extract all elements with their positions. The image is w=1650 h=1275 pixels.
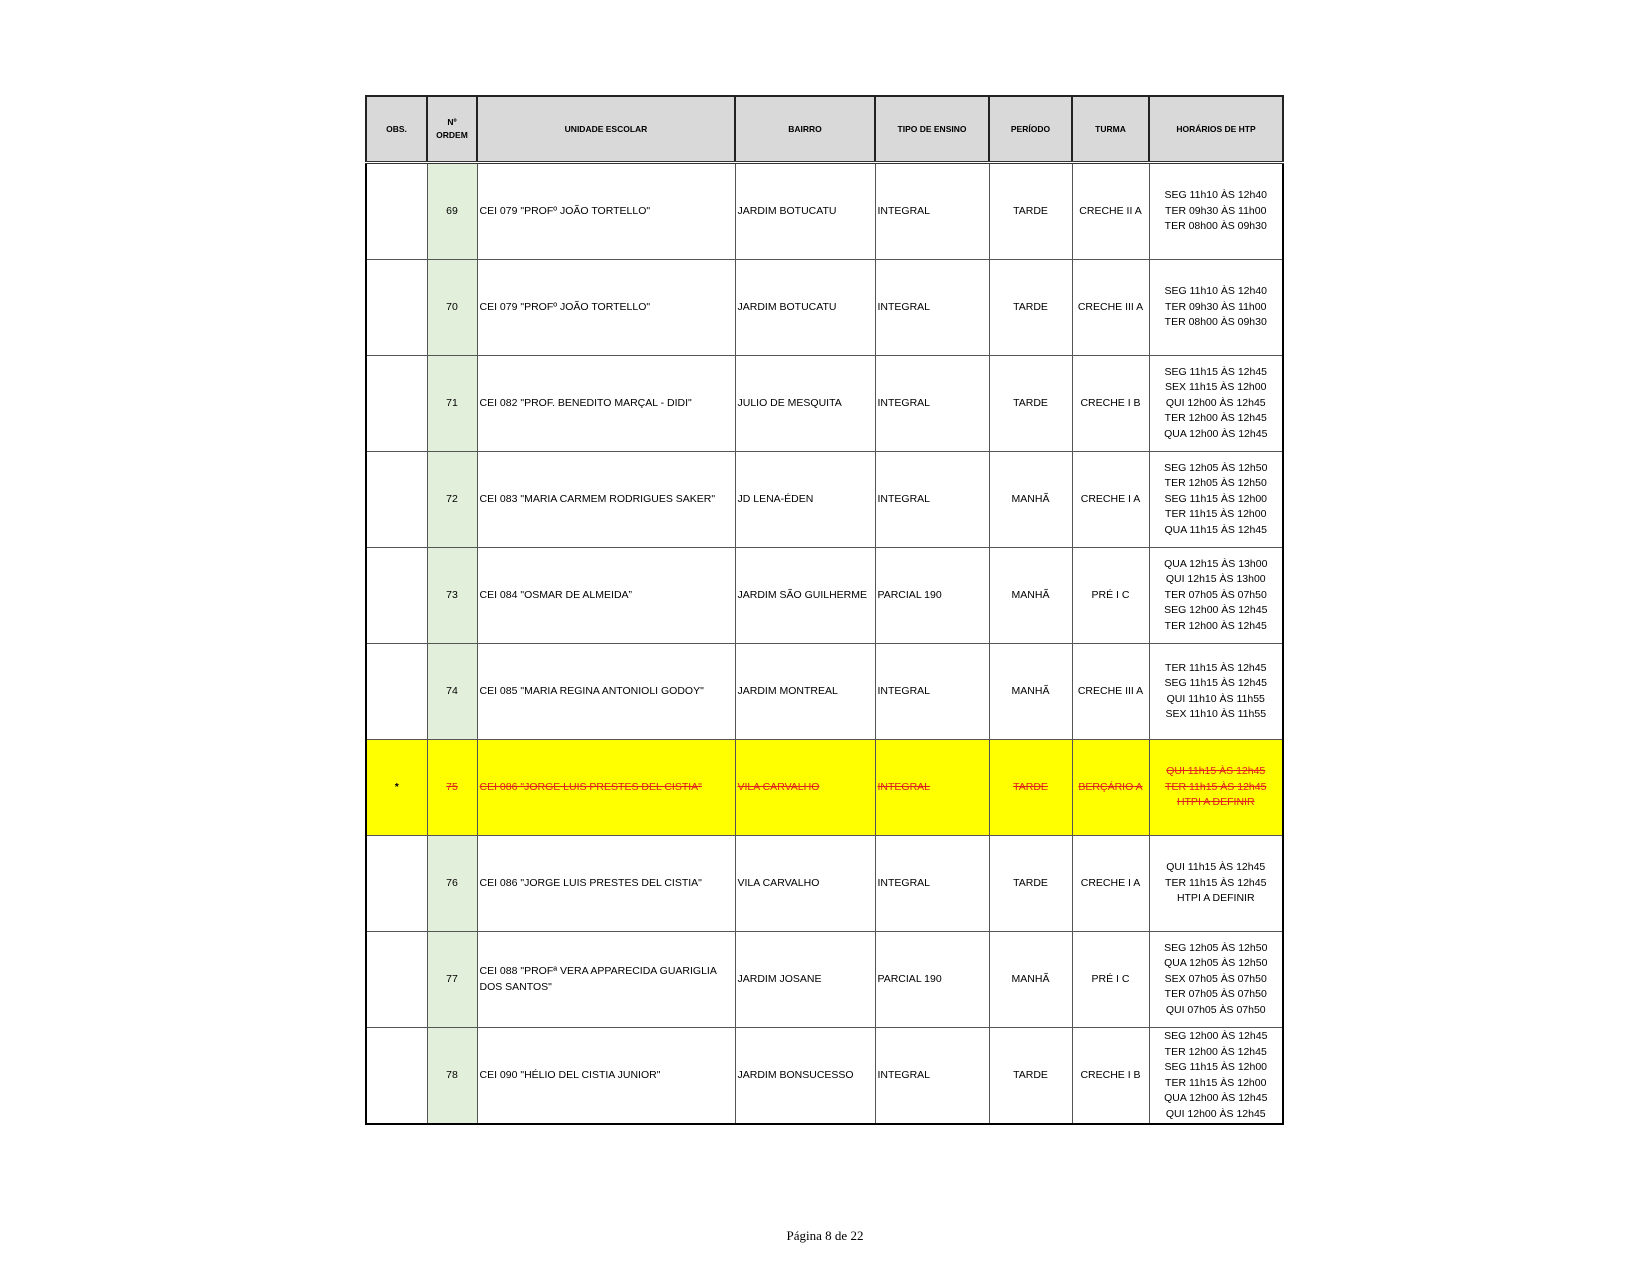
cell-unidade-escolar: CEI 085 "MARIA REGINA ANTONIOLI GODOY"	[477, 644, 735, 740]
cell-horarios-htp: SEG 12h05 ÀS 12h50 QUA 12h05 ÀS 12h50 SE…	[1149, 932, 1283, 1028]
cell-tipo-de-ensino: INTEGRAL	[875, 644, 989, 740]
cell-tipo-de-ensino: INTEGRAL	[875, 452, 989, 548]
cell-bairro: JARDIM JOSANE	[735, 932, 875, 1028]
cell-unidade-escolar: CEI 079 "PROFº JOÃO TORTELLO"	[477, 163, 735, 260]
cell-ordem: 72	[427, 452, 477, 548]
cell-ordem: 74	[427, 644, 477, 740]
cell-periodo: TARDE	[989, 260, 1072, 356]
cell-horarios-htp: QUI 11h15 ÀS 12h45 TER 11h15 ÀS 12h45 HT…	[1149, 836, 1283, 932]
table-row: 78 CEI 090 "HÉLIO DEL CISTIA JUNIOR" JAR…	[366, 1028, 1283, 1125]
table-body: 69 CEI 079 "PROFº JOÃO TORTELLO" JARDIM …	[366, 163, 1283, 1125]
cell-unidade-escolar: CEI 086 "JORGE LUIS PRESTES DEL CISTIA"	[477, 836, 735, 932]
table-row: 71 CEI 082 "PROF. BENEDITO MARÇAL - DIDI…	[366, 356, 1283, 452]
cell-turma: CRECHE III A	[1072, 644, 1149, 740]
cell-ordem: 69	[427, 163, 477, 260]
cell-bairro: JARDIM BOTUCATU	[735, 260, 875, 356]
cell-turma: CRECHE III A	[1072, 260, 1149, 356]
cell-periodo: TARDE	[989, 163, 1072, 260]
cell-obs	[366, 260, 427, 356]
cell-periodo: MANHÃ	[989, 548, 1072, 644]
cell-obs	[366, 452, 427, 548]
cell-ordem: 77	[427, 932, 477, 1028]
cell-periodo: MANHÃ	[989, 932, 1072, 1028]
cell-horarios-htp: SEG 12h05 ÀS 12h50 TER 12h05 ÀS 12h50 SE…	[1149, 452, 1283, 548]
cell-bairro: JARDIM SÃO GUILHERME	[735, 548, 875, 644]
cell-bairro: JULIO DE MESQUITA	[735, 356, 875, 452]
cell-ordem: 70	[427, 260, 477, 356]
cell-obs	[366, 1028, 427, 1125]
cell-horarios-htp: SEG 12h00 ÀS 12h45 TER 12h00 ÀS 12h45 SE…	[1149, 1028, 1283, 1125]
cell-turma: CRECHE II A	[1072, 163, 1149, 260]
cell-horarios-htp: SEG 11h15 ÀS 12h45 SEX 11h15 ÀS 12h00 QU…	[1149, 356, 1283, 452]
htp-schedule-table: OBS. Nº ORDEM UNIDADE ESCOLAR BAIRRO TIP…	[365, 95, 1284, 1125]
table-row: 76 CEI 086 "JORGE LUIS PRESTES DEL CISTI…	[366, 836, 1283, 932]
cell-horarios-htp: QUI 11h15 ÀS 12h45 TER 11h15 ÀS 12h45 HT…	[1149, 740, 1283, 836]
cell-tipo-de-ensino: INTEGRAL	[875, 740, 989, 836]
cell-turma: PRÉ I C	[1072, 932, 1149, 1028]
header-turma: TURMA	[1072, 96, 1149, 163]
cell-ordem: 78	[427, 1028, 477, 1125]
cell-ordem: 76	[427, 836, 477, 932]
cell-tipo-de-ensino: PARCIAL 190	[875, 548, 989, 644]
cell-horarios-htp: SEG 11h10 ÀS 12h40 TER 09h30 ÀS 11h00 TE…	[1149, 260, 1283, 356]
cell-periodo: MANHÃ	[989, 644, 1072, 740]
header-unidade-escolar: UNIDADE ESCOLAR	[477, 96, 735, 163]
cell-turma: CRECHE I A	[1072, 836, 1149, 932]
cell-turma: PRÉ I C	[1072, 548, 1149, 644]
cell-bairro: JD LENA-ÉDEN	[735, 452, 875, 548]
cell-bairro: VILA CARVALHO	[735, 836, 875, 932]
cell-obs	[366, 836, 427, 932]
cell-bairro: JARDIM MONTREAL	[735, 644, 875, 740]
cell-horarios-htp: QUA 12h15 ÀS 13h00 QUI 12h15 ÀS 13h00 TE…	[1149, 548, 1283, 644]
table-row: 70 CEI 079 "PROFº JOÃO TORTELLO" JARDIM …	[366, 260, 1283, 356]
cell-bairro: VILA CARVALHO	[735, 740, 875, 836]
header-horarios-de-htp: HORÁRIOS DE HTP	[1149, 96, 1283, 163]
cell-obs	[366, 644, 427, 740]
cell-obs: *	[366, 740, 427, 836]
cell-periodo: TARDE	[989, 836, 1072, 932]
cell-obs	[366, 932, 427, 1028]
cell-obs	[366, 548, 427, 644]
cell-tipo-de-ensino: INTEGRAL	[875, 260, 989, 356]
cell-ordem: 75	[427, 740, 477, 836]
header-ordem: Nº ORDEM	[427, 96, 477, 163]
cell-horarios-htp: SEG 11h10 ÀS 12h40 TER 09h30 ÀS 11h00 TE…	[1149, 163, 1283, 260]
cell-ordem: 71	[427, 356, 477, 452]
cell-tipo-de-ensino: INTEGRAL	[875, 1028, 989, 1125]
cell-turma: CRECHE I A	[1072, 452, 1149, 548]
cell-periodo: MANHÃ	[989, 452, 1072, 548]
header-tipo-de-ensino: TIPO DE ENSINO	[875, 96, 989, 163]
cell-turma: CRECHE I B	[1072, 356, 1149, 452]
cell-unidade-escolar: CEI 082 "PROF. BENEDITO MARÇAL - DIDI"	[477, 356, 735, 452]
cell-ordem: 73	[427, 548, 477, 644]
header-periodo: PERÍODO	[989, 96, 1072, 163]
cell-unidade-escolar: CEI 079 "PROFº JOÃO TORTELLO"	[477, 260, 735, 356]
table-row: 74 CEI 085 "MARIA REGINA ANTONIOLI GODOY…	[366, 644, 1283, 740]
cell-unidade-escolar: CEI 083 "MARIA CARMEM RODRIGUES SAKER"	[477, 452, 735, 548]
cell-unidade-escolar: CEI 090 "HÉLIO DEL CISTIA JUNIOR"	[477, 1028, 735, 1125]
cell-unidade-escolar: CEI 086 "JORGE LUIS PRESTES DEL CISTIA"	[477, 740, 735, 836]
cell-periodo: TARDE	[989, 740, 1072, 836]
page-number: Página 8 de 22	[0, 1228, 1650, 1244]
cell-tipo-de-ensino: INTEGRAL	[875, 836, 989, 932]
table-row: 77 CEI 088 "PROFª VERA APPARECIDA GUARIG…	[366, 932, 1283, 1028]
cell-bairro: JARDIM BOTUCATU	[735, 163, 875, 260]
cell-turma: CRECHE I B	[1072, 1028, 1149, 1125]
cell-unidade-escolar: CEI 088 "PROFª VERA APPARECIDA GUARIGLIA…	[477, 932, 735, 1028]
header-bairro: BAIRRO	[735, 96, 875, 163]
cell-tipo-de-ensino: INTEGRAL	[875, 356, 989, 452]
header-obs: OBS.	[366, 96, 427, 163]
cell-periodo: TARDE	[989, 356, 1072, 452]
table-row-cancelled: * 75 CEI 086 "JORGE LUIS PRESTES DEL CIS…	[366, 740, 1283, 836]
cell-periodo: TARDE	[989, 1028, 1072, 1125]
cell-unidade-escolar: CEI 084 "OSMAR DE ALMEIDA”	[477, 548, 735, 644]
cell-tipo-de-ensino: PARCIAL 190	[875, 932, 989, 1028]
cell-bairro: JARDIM BONSUCESSO	[735, 1028, 875, 1125]
cell-tipo-de-ensino: INTEGRAL	[875, 163, 989, 260]
cell-turma: BERÇÁRIO A	[1072, 740, 1149, 836]
cell-horarios-htp: TER 11h15 ÀS 12h45 SEG 11h15 ÀS 12h45 QU…	[1149, 644, 1283, 740]
cell-obs	[366, 356, 427, 452]
table-row: 72 CEI 083 "MARIA CARMEM RODRIGUES SAKER…	[366, 452, 1283, 548]
table-row: 73 CEI 084 "OSMAR DE ALMEIDA” JARDIM SÃO…	[366, 548, 1283, 644]
cell-obs	[366, 163, 427, 260]
table-header-row: OBS. Nº ORDEM UNIDADE ESCOLAR BAIRRO TIP…	[366, 96, 1283, 163]
table-row: 69 CEI 079 "PROFº JOÃO TORTELLO" JARDIM …	[366, 163, 1283, 260]
